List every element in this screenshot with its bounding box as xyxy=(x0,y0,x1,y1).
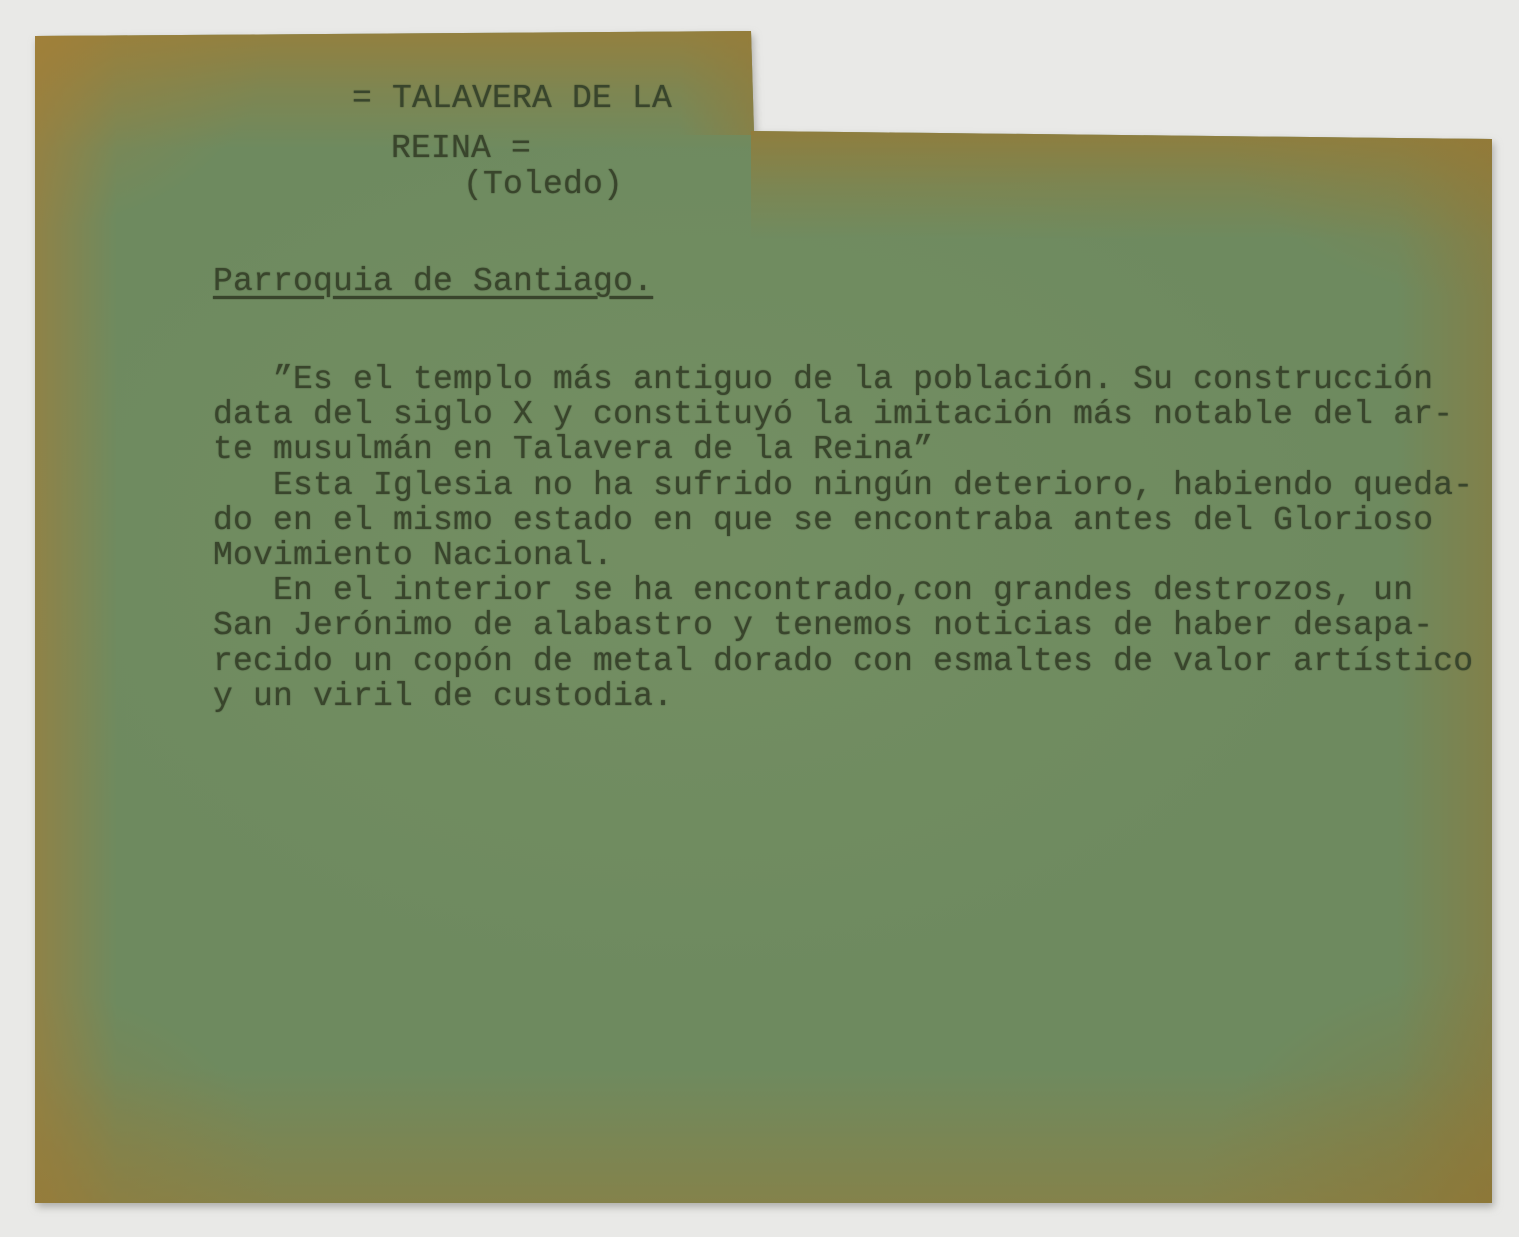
location-header-province: (Toledo) xyxy=(463,166,623,203)
paper-left-edge-vignette xyxy=(35,31,117,1203)
paper-top-right-edge-vignette xyxy=(751,131,1492,239)
body-line: San Jerónimo de alabastro y tenemos noti… xyxy=(213,608,1473,643)
body-line: do en el mismo estado en que se encontra… xyxy=(213,503,1473,538)
scan-background: = TALAVERA DE LA REINA = (Toledo) Parroq… xyxy=(0,0,1519,1237)
paper-notch-step-edge-vignette xyxy=(679,31,754,135)
document-title: Parroquia de Santiago. xyxy=(213,263,653,300)
paper-bottom-right-corner-vignette xyxy=(1202,973,1492,1203)
paper-top-left-corner-vignette xyxy=(35,31,275,231)
body-line: Movimiento Nacional. xyxy=(213,538,1473,573)
archive-card-paper: = TALAVERA DE LA REINA = (Toledo) Parroq… xyxy=(35,31,1492,1203)
body-line: data del siglo X y constituyó la imitaci… xyxy=(213,397,1473,432)
body-line: ”Es el templo más antiguo de la població… xyxy=(213,362,1473,397)
paper-bottom-left-corner-vignette xyxy=(35,993,275,1203)
body-line: Esta Iglesia no ha sufrido ningún deteri… xyxy=(213,468,1473,503)
paper-bottom-edge-vignette xyxy=(35,1068,1492,1203)
paper-top-right-corner-vignette xyxy=(1232,126,1492,296)
document-body: ”Es el templo más antiguo de la població… xyxy=(213,362,1473,714)
location-header-line-2: REINA = xyxy=(391,130,531,167)
body-line: recido un copón de metal dorado con esma… xyxy=(213,644,1473,679)
location-header-line-1: = TALAVERA DE LA xyxy=(352,80,672,117)
paper-shadow-wrap: = TALAVERA DE LA REINA = (Toledo) Parroq… xyxy=(35,31,1492,1203)
body-line: En el interior se ha encontrado,con gran… xyxy=(213,573,1473,608)
body-line: te musulmán en Talavera de la Reina” xyxy=(213,432,1473,467)
body-line: y un viril de custodia. xyxy=(213,679,1473,714)
